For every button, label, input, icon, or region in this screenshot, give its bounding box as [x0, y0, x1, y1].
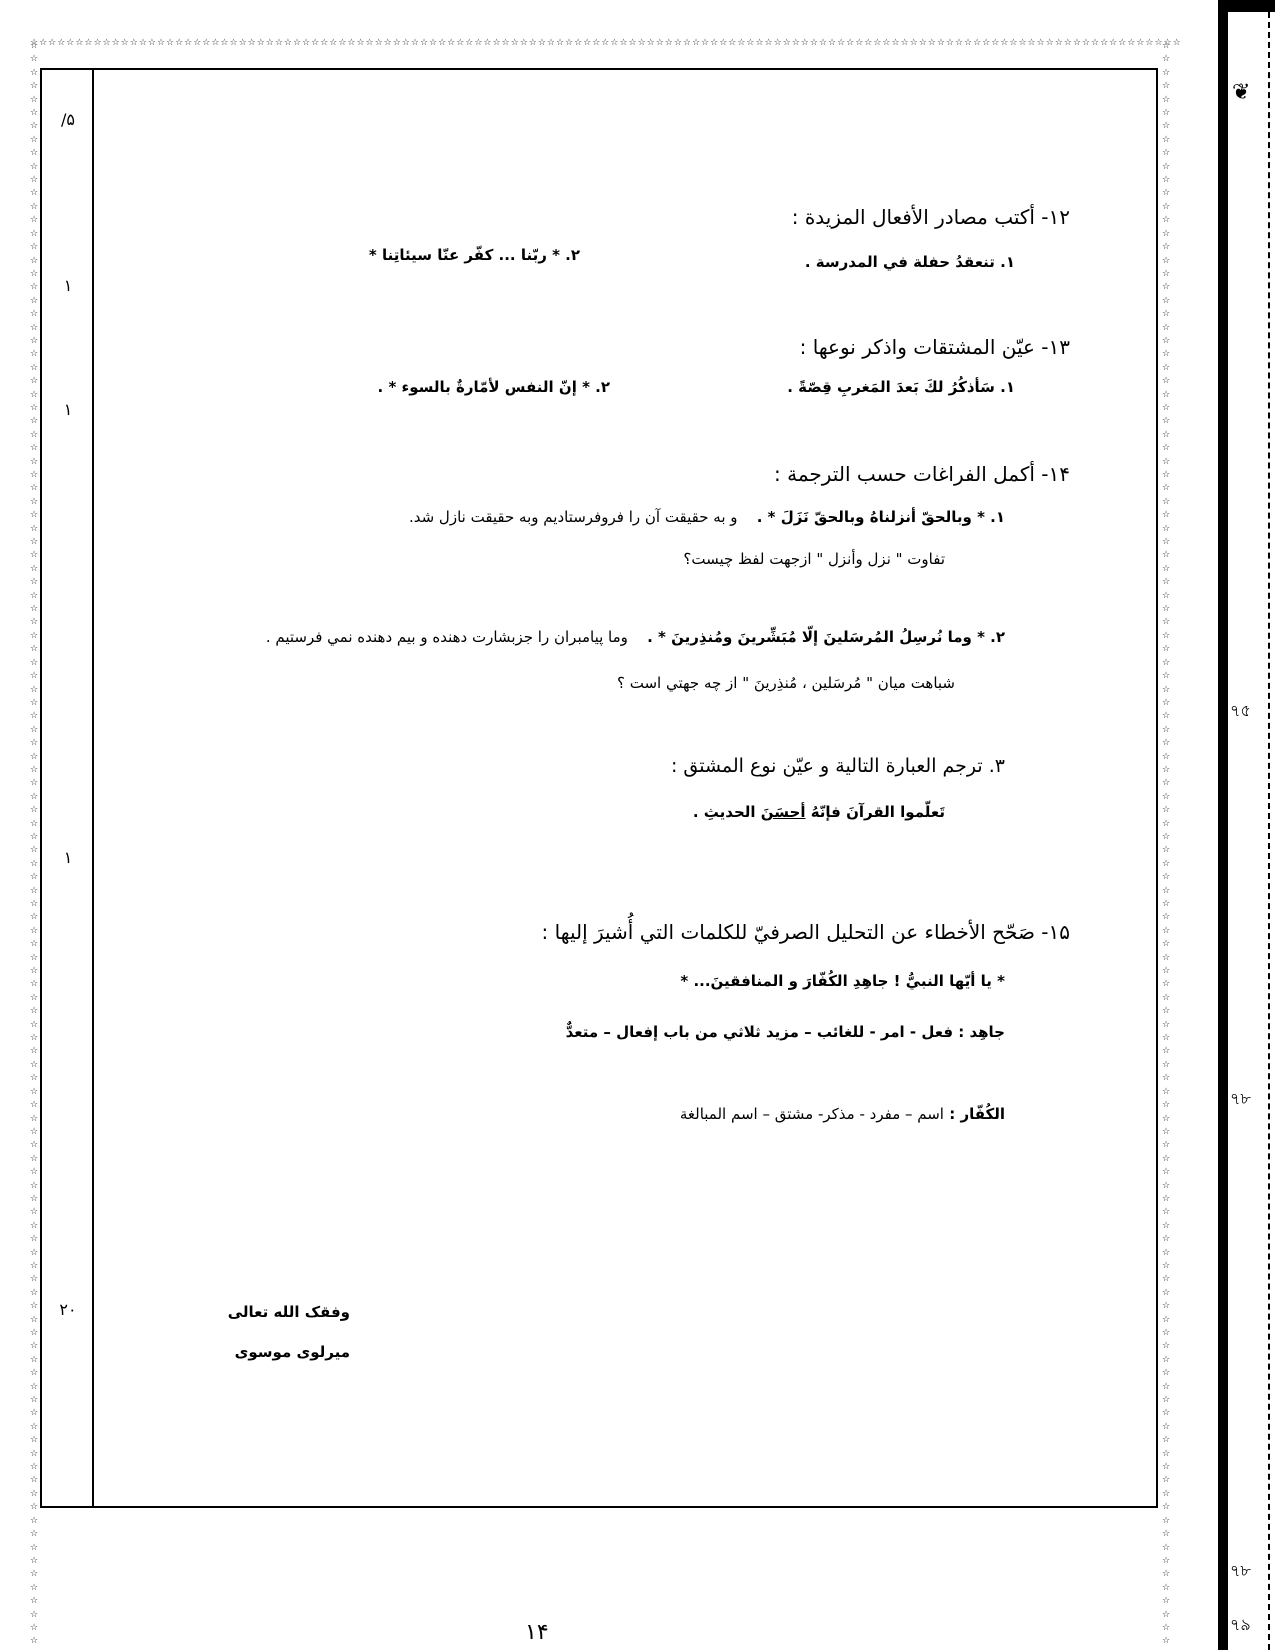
question-13-item-2: ۲. * إنّ النفس لأمّارةٌ بالسوء * .	[378, 378, 610, 396]
question-14-item-1-label: ۱. * وبالحقّ أنزلناهُ وبالحقّ نَزَلَ * .	[757, 508, 1005, 526]
edge-dashed-line	[1268, 12, 1270, 1650]
signature-line-1: وفقک الله تعالی	[228, 1303, 350, 1321]
analysis-text: فعل - امر - للغائب – مزيد ثلاثي من باب إ…	[566, 1023, 953, 1041]
question-12-item-2: ۲. * ربّنا ... كفّر عنّا سيئاتِنا *	[369, 246, 580, 264]
exam-frame: /۵ ۱ ۱ ۱ ۲۰	[40, 68, 1158, 1508]
question-14-item-1-verse: ۱. * وبالحقّ أنزلناهُ وبالحقّ نَزَلَ * .…	[409, 508, 1005, 526]
score-column: /۵ ۱ ۱ ۱ ۲۰	[42, 70, 94, 1506]
decorative-drawing-icon: ❦	[1232, 80, 1250, 105]
sentence-underlined-word: أحسَنَ	[761, 803, 806, 821]
question-14-item-3-sentence: تَعلّموا القرآنَ فإنّهُ أحسَنَ الحديثِ .	[693, 803, 945, 821]
edge-glyph: ৭৯	[1230, 1612, 1251, 1639]
question-14-item-2-verse: ۲. * وما نُرسِلُ المُرسَلينَ إلّا مُبَشِ…	[266, 628, 1005, 646]
question-14-title: ۱۴- أكمل الفراغات حسب الترجمة :	[774, 462, 1070, 486]
question-14-item-1-translation: و به حقیقت آن را فروفرستادیم وبه حقیقت ن…	[409, 508, 738, 526]
decorative-star-border-left: ☆☆☆☆☆☆☆☆☆☆☆☆☆☆☆☆☆☆☆☆☆☆☆☆☆☆☆☆☆☆☆☆☆☆☆☆☆☆☆☆…	[28, 40, 40, 1645]
analysis-word: الكُفّار :	[949, 1105, 1005, 1123]
question-13-title: ۱۳- عيّن المشتقات واذكر نوعها :	[800, 335, 1070, 359]
edge-glyph: ৭৮	[1230, 1558, 1251, 1585]
edge-glyph: ৭৫	[1230, 698, 1251, 725]
page-number: ۱۴	[525, 1620, 549, 1645]
question-14-item-3-title: ۳. ترجم العبارة التالية و عيّن نوع المشت…	[671, 755, 1005, 777]
sentence-part: تَعلّموا القرآنَ فإنّهُ	[805, 803, 945, 821]
question-15-verse: * يا أيّها النبيُّ ! جاهِدِ الكُفّارَ و …	[680, 972, 1005, 990]
analysis-word: جاهِد :	[958, 1023, 1005, 1041]
question-14-item-2-label: ۲. * وما نُرسِلُ المُرسَلينَ إلّا مُبَشِ…	[647, 628, 1005, 646]
score-q12: ۱	[42, 276, 94, 295]
score-q13: ۱	[42, 400, 94, 419]
edge-thick-bar	[1218, 8, 1228, 1650]
sentence-part: الحديثِ .	[693, 803, 761, 821]
question-15-analysis-1: جاهِد : فعل - امر - للغائب – مزيد ثلاثي …	[566, 1023, 1005, 1041]
score-header-mark: /۵	[42, 110, 94, 129]
decorative-star-border-right: ☆☆☆☆☆☆☆☆☆☆☆☆☆☆☆☆☆☆☆☆☆☆☆☆☆☆☆☆☆☆☆☆☆☆☆☆☆☆☆☆…	[1160, 40, 1172, 1645]
question-12-item-1: ۱. تنعقدُ حفلة في المدرسة .	[805, 253, 1015, 271]
analysis-text: اسم – مفرد - مذكر- مشتق – اسم المبالغة	[680, 1105, 944, 1123]
question-14-item-1-question: تفاوت " نزل وأنزل " ازجهت لفظ چیست؟	[683, 550, 945, 568]
adjacent-page-edge: ❦ ৭৫ ৭৮ ৭৮ ৭৯	[1218, 0, 1275, 1650]
signature-line-2: میرلوی موسوی	[235, 1343, 350, 1361]
score-q14: ۱	[42, 848, 94, 867]
question-14-item-2-question: شباهت میان " مُرسَلین ، مُنذِرینَ " از چ…	[617, 674, 955, 692]
question-14-item-2-translation: وما پیامبران را جزبشارت دهنده و بیم دهند…	[266, 628, 628, 646]
score-total: ۲۰	[42, 1300, 94, 1319]
edge-glyph: ৭৮	[1230, 1086, 1251, 1113]
question-15-title: ۱۵- صَحّح الأخطاء عن التحليل الصرفيّ للك…	[542, 920, 1070, 944]
question-12-title: ۱۲- أكتب مصادر الأفعال المزيدة :	[792, 205, 1070, 229]
question-13-item-1: ۱. سَأذكُرُ لكَ بَعدَ المَغربِ قِصّةً .	[787, 378, 1015, 396]
question-15-analysis-2: الكُفّار : اسم – مفرد - مذكر- مشتق – اسم…	[680, 1105, 1005, 1123]
decorative-star-border-top: ☆☆☆☆☆☆☆☆☆☆☆☆☆☆☆☆☆☆☆☆☆☆☆☆☆☆☆☆☆☆☆☆☆☆☆☆☆☆☆☆…	[30, 36, 1180, 52]
